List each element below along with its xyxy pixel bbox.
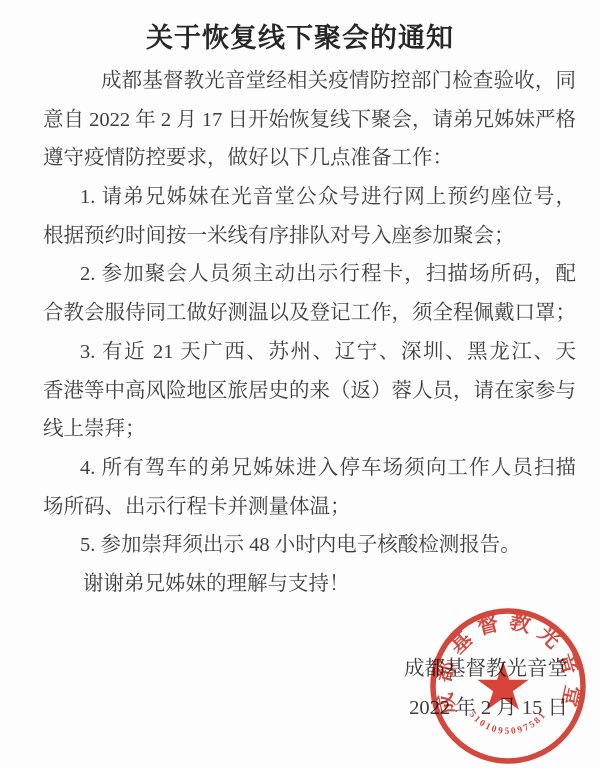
body-line: 香港等中高风险地区旅居史的来（返）蓉人员，请在家参与 [43,372,576,411]
body-line-item-4: 4. 所有驾车的弟兄姊妹进入停车场须向工作人员扫描 [43,449,576,488]
body-line-item-3: 3. 有近 21 天广西、苏州、辽宁、深圳、黑龙江、天津、 [43,333,576,372]
thanks-line: 谢谢弟兄姊妹的理解与支持！ [43,565,576,604]
body-line: 成都基督教光音堂经相关疫情防控部门检查验收，同 [43,62,576,101]
body-line-item-1: 1. 请弟兄姊妹在光音堂公众号进行网上预约座位号， [43,178,576,217]
body-line: 遵守疫情防控要求，做好以下几点准备工作： [43,139,576,178]
body-line-item-5: 5. 参加崇拜须出示 48 小时内电子核酸检测报告。 [43,526,576,565]
body-line: 根据预约时间按一米线有序排队对号入座参加聚会； [43,217,576,256]
body-line: 意自 2022 年 2 月 17 日开始恢复线下聚会，请弟兄姊妹严格 [43,101,576,140]
body-line: 线上崇拜； [43,410,576,449]
seal-serial-number: 5101095097581 [467,710,550,737]
red-star-icon [477,661,528,710]
body-line-item-2: 2. 参加聚会人员须主动出示行程卡，扫描场所码，配 [43,255,576,294]
notice-body: 成都基督教光音堂经相关疫情防控部门检查验收，同 意自 2022 年 2 月 17… [43,62,576,604]
notice-page: 关于恢复线下聚会的通知 成都基督教光音堂经相关疫情防控部门检查验收，同 意自 2… [0,0,600,768]
notice-title: 关于恢复线下聚会的通知 [0,16,600,55]
body-line: 场所码、出示行程卡并测量体温； [43,488,576,527]
body-line: 合教会服侍同工做好测温以及登记工作，须全程佩戴口罩； [43,294,576,333]
official-seal-stamp: 成都基督教光音堂 5101095097581 [423,601,593,768]
